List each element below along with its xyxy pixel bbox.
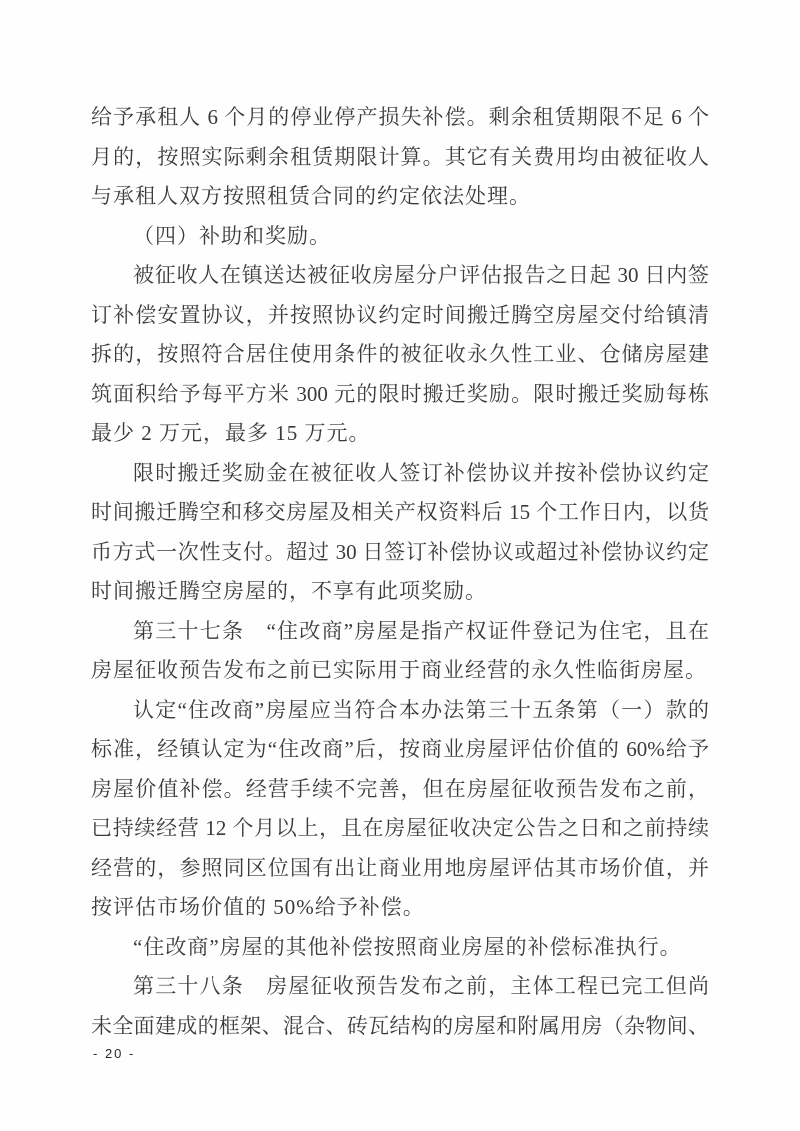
text-line: 币方式一次性支付。超过 30 日签订补偿协议或超过补偿协议约定 — [91, 533, 709, 573]
text-line: 房屋征收预告发布之前已实际用于商业经营的永久性临街房屋。 — [91, 651, 709, 691]
document-page: 给予承租人 6 个月的停业停产损失补偿。剩余租赁期限不足 6 个月的，按照实际剩… — [0, 0, 800, 1131]
text-line: 与承租人双方按照租赁合同的约定依法处理。 — [91, 177, 709, 217]
text-line: 房屋价值补偿。经营手续不完善，但在房屋征收预告发布之前， — [91, 770, 709, 810]
text-line: 第三十八条 房屋征收预告发布之前，主体工程已完工但尚 — [91, 967, 709, 1007]
text-line: 最少 2 万元，最多 15 万元。 — [91, 414, 709, 454]
text-line: 时间搬迁腾空和移交房屋及相关产权资料后 15 个工作日内，以货 — [91, 493, 709, 533]
text-line: 拆的，按照符合居住使用条件的被征收永久性工业、仓储房屋建 — [91, 335, 709, 375]
text-line: 第三十七条 “住改商”房屋是指产权证件登记为住宅，且在 — [91, 612, 709, 652]
text-line: （四）补助和奖励。 — [91, 217, 709, 257]
text-line: 限时搬迁奖励金在被征收人签订补偿协议并按补偿协议约定 — [91, 454, 709, 494]
text-line: 认定“住改商”房屋应当符合本办法第三十五条第（一）款的 — [91, 691, 709, 731]
text-line: 给予承租人 6 个月的停业停产损失补偿。剩余租赁期限不足 6 个 — [91, 98, 709, 138]
text-line: 经营的，参照同区位国有出让商业用地房屋评估其市场价值，并 — [91, 849, 709, 889]
text-line: 筑面积给予每平方米 300 元的限时搬迁奖励。限时搬迁奖励每栋 — [91, 375, 709, 415]
document-body: 给予承租人 6 个月的停业停产损失补偿。剩余租赁期限不足 6 个月的，按照实际剩… — [91, 98, 709, 1046]
text-line: 标准，经镇认定为“住改商”后，按商业房屋评估价值的 60%给予 — [91, 730, 709, 770]
text-line: 时间搬迁腾空房屋的，不享有此项奖励。 — [91, 572, 709, 612]
text-line: 月的，按照实际剩余租赁期限计算。其它有关费用均由被征收人 — [91, 138, 709, 178]
page-number: - 20 - — [93, 1046, 135, 1061]
text-line: 订补偿安置协议，并按照协议约定时间搬迁腾空房屋交付给镇清 — [91, 296, 709, 336]
text-line: 按评估市场价值的 50%给予补偿。 — [91, 888, 709, 928]
text-line: “住改商”房屋的其他补偿按照商业房屋的补偿标准执行。 — [91, 928, 709, 968]
text-line: 被征收人在镇送达被征收房屋分户评估报告之日起 30 日内签 — [91, 256, 709, 296]
text-line: 已持续经营 12 个月以上，且在房屋征收决定公告之日和之前持续 — [91, 809, 709, 849]
text-line: 未全面建成的框架、混合、砖瓦结构的房屋和附属用房（杂物间、 — [91, 1007, 709, 1047]
